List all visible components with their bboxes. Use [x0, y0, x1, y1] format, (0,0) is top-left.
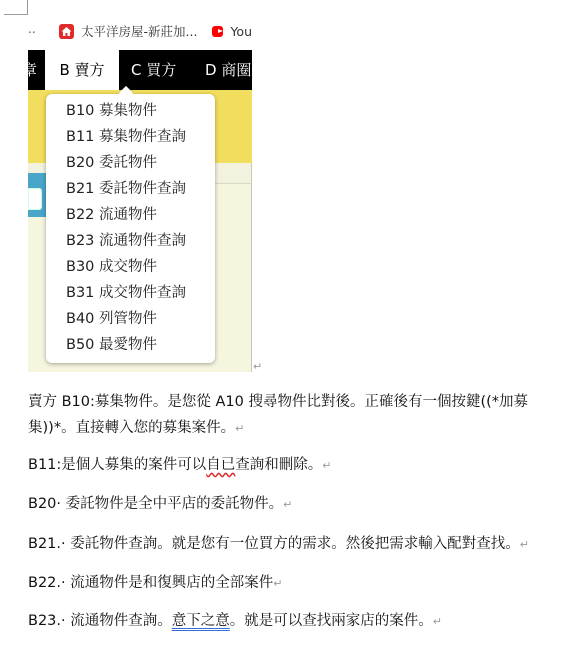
paragraph-mark: ↵ — [283, 498, 292, 511]
bookmarks-bar: .. 太平洋房屋-新莊加... You — [0, 18, 586, 44]
grammar-flag-word: 意下之意 — [172, 613, 230, 629]
nav-item-business-district: D 商圈 — [205, 50, 251, 90]
text-run: B22.· 流通物件是和復興店的全部案件 — [28, 575, 273, 591]
paragraph-b23[interactable]: B23.· 流通物件查詢。意下之意。就是可以查找兩家店的案件。↵ — [28, 608, 578, 635]
menu-item-b31: B31 成交物件查詢 — [66, 280, 186, 306]
text-run: B23.· 流通物件查詢。 — [28, 613, 172, 629]
menu-item-b23: B23 流通物件查詢 — [66, 228, 186, 254]
nav-item-partial: 章 — [28, 50, 37, 90]
bookmark-pacific-realty: 太平洋房屋-新莊加... — [59, 21, 197, 41]
bookmark-overflow: .. — [28, 22, 36, 36]
text-run: B11:是個人募集的案件可以 — [28, 457, 206, 473]
search-input-partial — [28, 188, 42, 210]
youtube-icon — [212, 26, 223, 37]
nav-item-buyer: C 買方 — [131, 50, 176, 90]
paragraph-mark: ↵ — [273, 577, 282, 590]
paragraph-mark: ↵ — [253, 360, 262, 373]
menu-item-b21: B21 委託物件查詢 — [66, 176, 186, 202]
page-margin-corner-mark — [4, 0, 28, 15]
menu-item-b20: B20 委託物件 — [66, 150, 157, 176]
home-icon — [59, 24, 74, 39]
paragraph-mark: ↵ — [520, 538, 529, 551]
bookmark-label: You — [230, 24, 252, 39]
paragraph-line: 賣方 B10:募集物件。是您從 A10 搜尋物件比對後。正確後有一個按鍵((*加… — [28, 389, 578, 415]
embedded-screenshot: 章 B 賣方 C 買方 D 商圈 B10 募集物件 B11 募集物件查詢 B20… — [28, 50, 252, 372]
menu-item-b22: B22 流通物件 — [66, 202, 157, 228]
paragraph-b20[interactable]: B20· 委託物件是全中平店的委託物件。↵ — [28, 491, 578, 518]
menu-item-b30: B30 成交物件 — [66, 254, 157, 280]
nav-bar: 章 B 賣方 C 買方 D 商圈 — [28, 50, 252, 90]
paragraph-mark: ↵ — [433, 615, 442, 628]
paragraph-b10[interactable]: 賣方 B10:募集物件。是您從 A10 搜尋物件比對後。正確後有一個按鍵((*加… — [28, 389, 578, 442]
text-run: B20· 委託物件是全中平店的委託物件。 — [28, 496, 283, 512]
menu-item-b10: B10 募集物件 — [66, 98, 157, 124]
content-edge — [251, 163, 252, 372]
paragraph-mark: ↵ — [322, 459, 331, 472]
menu-item-b40: B40 列管物件 — [66, 306, 157, 332]
paragraph-b22[interactable]: B22.· 流通物件是和復興店的全部案件↵ — [28, 570, 578, 597]
paragraph-mark: ↵ — [235, 422, 244, 435]
paragraph-b11[interactable]: B11:是個人募集的案件可以自已查詢和刪除。↵ — [28, 452, 578, 479]
text-run: 查詢和刪除。 — [235, 457, 322, 473]
nav-item-seller: B 賣方 — [45, 50, 119, 90]
menu-item-b11: B11 募集物件查詢 — [66, 124, 186, 150]
spelling-error-word: 自已 — [206, 457, 235, 473]
menu-item-b50: B50 最愛物件 — [66, 332, 157, 358]
bookmark-youtube: You — [212, 21, 252, 41]
bookmark-label: 太平洋房屋-新莊加... — [81, 22, 197, 40]
text-run: B21.· 委託物件查詢。就是您有一位買方的需求。然後把需求輸入配對查找。 — [28, 536, 520, 552]
seller-dropdown-menu: B10 募集物件 B11 募集物件查詢 B20 委託物件 B21 委託物件查詢 … — [46, 94, 215, 363]
paragraph-line: 集))*。直接轉入您的募集案件。 — [28, 420, 235, 436]
paragraph-b21[interactable]: B21.· 委託物件查詢。就是您有一位買方的需求。然後把需求輸入配對查找。↵ — [28, 531, 578, 558]
text-run: 。就是可以查找兩家店的案件。 — [230, 613, 433, 629]
